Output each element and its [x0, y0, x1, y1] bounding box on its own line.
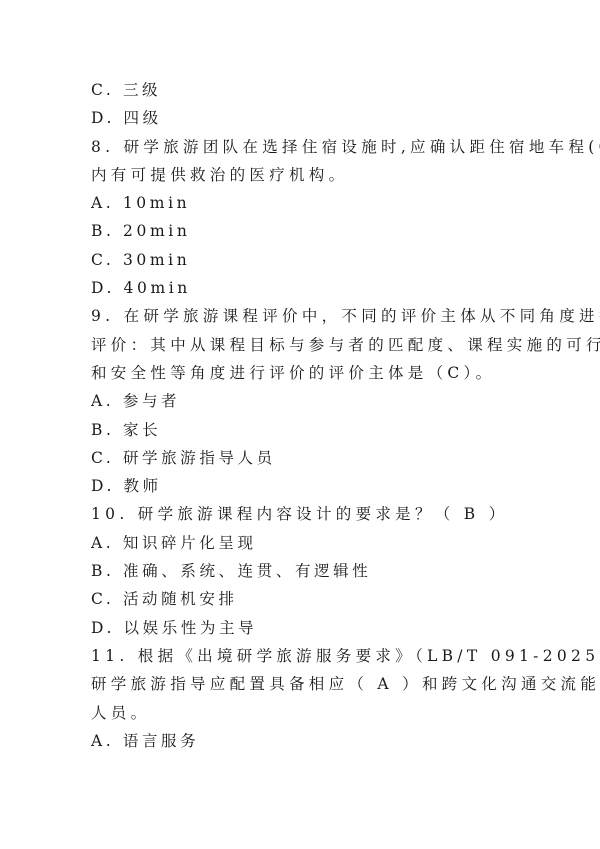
- q9-option-c: C. 研学旅游指导人员: [91, 444, 513, 472]
- document-page: C. 三级 D. 四级 8. 研学旅游团队在选择住宿设施时,应确认距住宿地车程(…: [91, 76, 513, 755]
- q10-option-b: B. 准确、系统、连贯、有逻辑性: [91, 557, 513, 585]
- q7-option-c: C. 三级: [91, 76, 513, 104]
- q11-stem-line-1: 11. 根据《出境研学旅游服务要求》（LB/T 091-2025）出境: [91, 642, 513, 670]
- q8-stem-line-2: 内有可提供救治的医疗机构。: [91, 161, 513, 189]
- q8-option-c: C. 30min: [91, 246, 513, 274]
- q7-option-d: D. 四级: [91, 104, 513, 132]
- q9-stem-line-3: 和安全性等角度进行评价的评价主体是（C）。: [91, 359, 513, 387]
- q11-option-a: A. 语言服务: [91, 727, 513, 755]
- q9-option-b: B. 家长: [91, 416, 513, 444]
- q11-stem-line-2: 研学旅游指导应配置具备相应（ A ）和跨文化沟通交流能力的: [91, 670, 513, 698]
- q9-option-d: D. 教师: [91, 472, 513, 500]
- q10-option-c: C. 活动随机安排: [91, 585, 513, 613]
- q8-option-a: A. 10min: [91, 189, 513, 217]
- q8-option-d: D. 40min: [91, 274, 513, 302]
- q10-option-d: D. 以娱乐性为主导: [91, 614, 513, 642]
- q10-option-a: A. 知识碎片化呈现: [91, 529, 513, 557]
- q11-stem-line-3: 人员。: [91, 699, 513, 727]
- q9-stem-line-2: 评价：其中从课程目标与参与者的匹配度、课程实施的可行性: [91, 331, 513, 359]
- q10-stem: 10. 研学旅游课程内容设计的要求是？（ B ）: [91, 500, 513, 528]
- q9-option-a: A. 参与者: [91, 387, 513, 415]
- q9-stem-line-1: 9. 在研学旅游课程评价中，不同的评价主体从不同角度进行: [91, 302, 513, 330]
- q8-stem-line-1: 8. 研学旅游团队在选择住宿设施时,应确认距住宿地车程(C): [91, 133, 513, 161]
- q8-option-b: B. 20min: [91, 217, 513, 245]
